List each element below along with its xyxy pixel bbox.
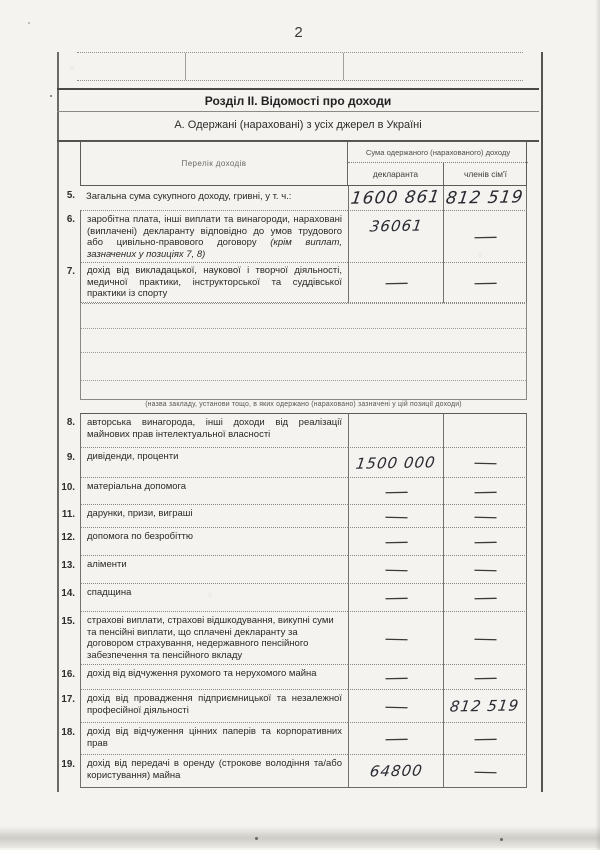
document-page: 2 Розділ II. Відомості про доходи А. Оде…: [0, 0, 600, 850]
declarant-value-cell: 64800: [348, 755, 443, 788]
row-label: дарунки, призи, виграші: [80, 505, 348, 528]
declarant-value-cell: —: [348, 505, 443, 528]
table-row-15: 15. страхові виплати, страхові відшкодув…: [60, 612, 527, 665]
handwritten-value: 36061: [368, 217, 423, 236]
declarant-value-cell: —: [348, 612, 443, 665]
dash-mark: —: [385, 483, 408, 498]
row-label: дохід від викладацької, наукової і творч…: [80, 262, 348, 303]
table-row-12: 12. допомога по безробіттю — —: [60, 528, 527, 556]
continued-table: [77, 52, 523, 81]
column-header-items: Перелік доходів: [81, 142, 348, 185]
scan-edge-shade: [595, 0, 600, 850]
table-row-6: 6. заробітна плата, інші виплати та вина…: [60, 210, 527, 262]
family-value-cell: —: [443, 448, 527, 478]
table-row-14: 14. спадщина — —: [60, 584, 527, 612]
family-value-cell: —: [443, 505, 527, 528]
continued-table-cell: [77, 53, 185, 80]
income-table-header: Перелік доходів Сума одержаного (нарахов…: [80, 141, 527, 186]
row-number: 5.: [60, 186, 80, 210]
continued-table-cell: [343, 53, 523, 80]
source-caption: (назва закладу, установи тощо, в яких од…: [80, 401, 527, 408]
dash-mark: —: [385, 698, 408, 713]
family-value-cell: —: [443, 584, 527, 612]
income-table-part2: 8. авторська винагорода, інші доходи від…: [60, 413, 527, 788]
declarant-value-cell: —: [348, 723, 443, 755]
declarant-value-cell: —: [348, 262, 443, 303]
dash-mark: —: [474, 763, 497, 778]
row-label: аліменти: [80, 556, 348, 584]
row-number: 13.: [60, 556, 80, 584]
dash-mark: —: [474, 229, 497, 244]
declarant-value-cell: —: [348, 584, 443, 612]
row-number: 18.: [60, 723, 80, 755]
dash-mark: —: [474, 562, 497, 577]
dash-mark: —: [474, 590, 497, 605]
row-label: матеріальна допомога: [80, 478, 348, 505]
dash-mark: —: [385, 630, 408, 645]
row-number: 15.: [60, 612, 80, 665]
row-label: дохід від відчуження рухомого та нерухом…: [80, 665, 348, 690]
dash-mark: —: [385, 508, 408, 523]
column-header-sum: Сума одержаного (нарахованого) доходу: [348, 142, 528, 163]
income-source-line: [81, 353, 526, 381]
family-value-cell: —: [443, 556, 527, 584]
table-row-17: 17. дохід від провадження підприємницько…: [60, 690, 527, 723]
declarant-value-cell: —: [348, 528, 443, 556]
table-row-18: 18. дохід від відчуження цінних паперів …: [60, 723, 527, 755]
declarant-value-cell: 36061: [348, 210, 443, 263]
row-label: Загальна сума сукупного доходу, гривні, …: [80, 186, 348, 210]
handwritten-value: 812 519: [449, 696, 521, 715]
family-value-cell: [443, 413, 527, 448]
page-number: 2: [0, 24, 597, 41]
family-value-cell: —: [443, 665, 527, 690]
declarant-value-cell: 1600 861: [348, 186, 443, 210]
declarant-value-cell: [348, 413, 443, 448]
declarant-value-cell: —: [348, 478, 443, 505]
handwritten-value: 64800: [368, 762, 423, 781]
row-number: 19.: [60, 755, 80, 788]
column-header-family: членів сім'ї: [443, 163, 527, 185]
row-number: 8.: [60, 413, 80, 448]
dash-mark: —: [385, 590, 408, 605]
dash-mark: —: [474, 669, 497, 684]
dash-mark: —: [474, 630, 497, 645]
handwritten-value: 1500 000: [355, 453, 437, 472]
row-label: заробітна плата, інші виплати та винагор…: [80, 210, 348, 263]
family-value-cell: —: [443, 478, 527, 505]
row-label: дохід від передачі в оренду (строкове во…: [80, 755, 348, 788]
row-number: 6.: [60, 210, 80, 263]
scan-speck: [500, 838, 503, 841]
income-source-line: [81, 304, 526, 329]
dash-mark: —: [474, 455, 497, 470]
handwritten-value: 1600 861: [350, 187, 442, 209]
row-number: 17.: [60, 690, 80, 723]
family-value-cell: —: [443, 262, 527, 303]
row-label: страхові виплати, страхові відшкодування…: [80, 612, 348, 665]
table-row-9: 9. дивіденди, проценти 1500 000 —: [60, 448, 527, 478]
income-source-lines: [80, 303, 527, 400]
row-label: дохід від провадження підприємницької та…: [80, 690, 348, 723]
continued-table-cell: [185, 53, 343, 80]
family-value-cell: 812 519: [443, 186, 527, 210]
dash-mark: —: [385, 669, 408, 684]
table-row-8: 8. авторська винагорода, інші доходи від…: [60, 413, 527, 448]
declarant-value-cell: —: [348, 665, 443, 690]
family-value-cell: 812 519: [443, 690, 527, 723]
table-row-7: 7. дохід від викладацької, наукової і тв…: [60, 262, 527, 303]
dash-mark: —: [474, 534, 497, 549]
dash-mark: —: [474, 274, 497, 289]
table-row-16: 16. дохід від відчуження рухомого та нер…: [60, 665, 527, 690]
dash-mark: —: [474, 483, 497, 498]
scan-speck: [255, 837, 258, 840]
family-value-cell: —: [443, 528, 527, 556]
row-label: допомога по безробіттю: [80, 528, 348, 556]
scan-shadow-band: [0, 826, 600, 848]
row-number: 14.: [60, 584, 80, 612]
column-header-sum-group: Сума одержаного (нарахованого) доходу де…: [348, 142, 528, 185]
family-value-cell: —: [443, 755, 527, 788]
declarant-value-cell: —: [348, 690, 443, 723]
income-source-line: [81, 329, 526, 353]
dash-mark: —: [385, 534, 408, 549]
scan-speck: [50, 95, 52, 97]
dash-mark: —: [474, 508, 497, 523]
table-row-19: 19. дохід від передачі в оренду (строков…: [60, 755, 527, 788]
row-number: 7.: [60, 262, 80, 303]
dash-mark: —: [385, 562, 408, 577]
table-row-5: 5. Загальна сума сукупного доходу, гривн…: [60, 186, 527, 210]
row-label: авторська винагорода, інші доходи від ре…: [80, 413, 348, 448]
family-value-cell: —: [443, 723, 527, 755]
row-number: 16.: [60, 665, 80, 690]
handwritten-value: 812 519: [445, 187, 525, 208]
row-label: дивіденди, проценти: [80, 448, 348, 478]
section-subtitle: А. Одержані (нараховані) з усіх джерел в…: [57, 109, 539, 142]
dash-mark: —: [474, 731, 497, 746]
income-table-part1: 5. Загальна сума сукупного доходу, гривн…: [60, 186, 527, 303]
scan-speck: [28, 22, 30, 24]
dash-mark: —: [385, 731, 408, 746]
table-row-13: 13. аліменти — —: [60, 556, 527, 584]
dash-mark: —: [385, 274, 408, 289]
row-number: 11.: [60, 505, 80, 528]
row-label: дохід від відчуження цінних паперів та к…: [80, 723, 348, 755]
family-value-cell: —: [443, 612, 527, 665]
declarant-value-cell: —: [348, 556, 443, 584]
declarant-value-cell: 1500 000: [348, 448, 443, 478]
row-number: 9.: [60, 448, 80, 478]
income-source-line: [81, 381, 526, 399]
column-header-declarant: декларанта: [348, 163, 443, 185]
table-row-10: 10. матеріальна допомога — —: [60, 478, 527, 505]
family-value-cell: —: [443, 210, 527, 263]
row-label: спадщина: [80, 584, 348, 612]
row-number: 10.: [60, 478, 80, 505]
row-number: 12.: [60, 528, 80, 556]
table-row-11: 11. дарунки, призи, виграші — —: [60, 505, 527, 528]
